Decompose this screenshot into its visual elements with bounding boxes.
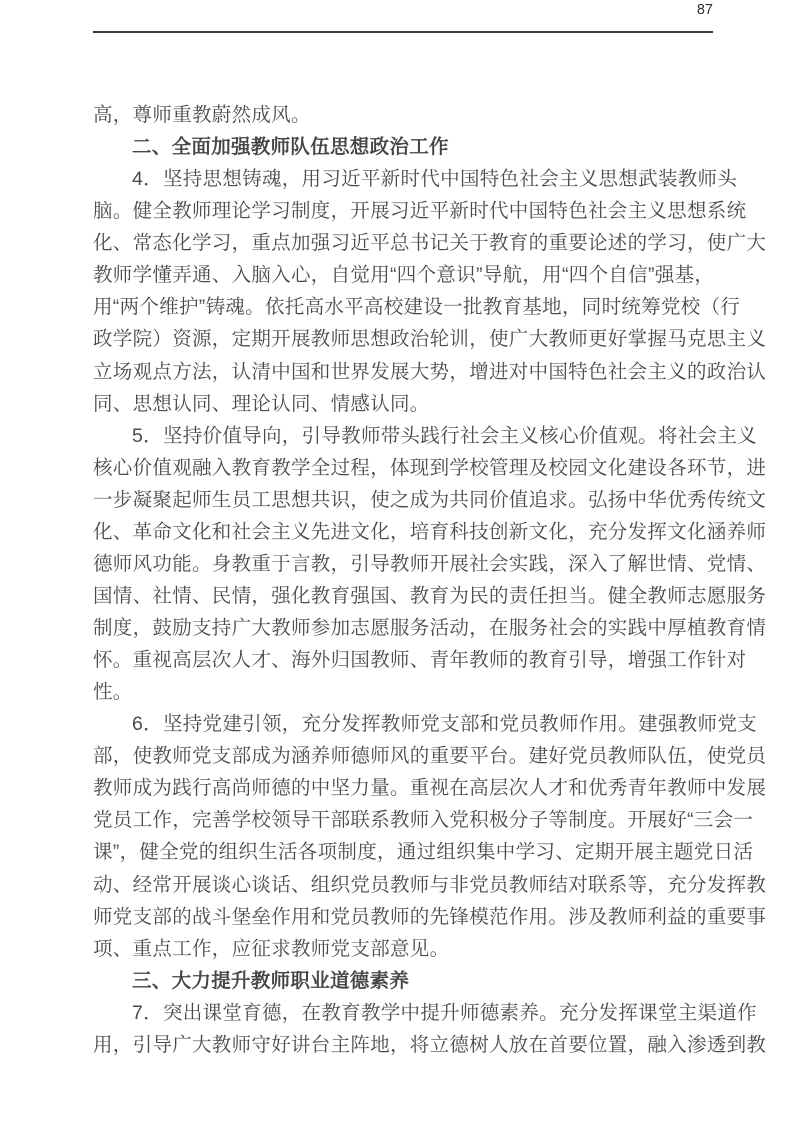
text-line: 立场观点方法，认清中国和世界发展大势，增进对中国特色社会主义的政治认 — [93, 356, 719, 388]
section-heading: 三、大力提升教师职业道德素养 — [93, 965, 719, 997]
text-line: 课”，健全党的组织生活各项制度，通过组织集中学习、定期开展主题党日活 — [93, 836, 719, 868]
text-line: 化、常态化学习，重点加强习近平总书记关于教育的重要论述的学习，使广大 — [93, 227, 719, 259]
text-line: 用“两个维护”铸魂。依托高水平高校建设一批教育基地，同时统筹党校（行 — [93, 291, 719, 323]
text-line: 项、重点工作，应征求教师党支部意见。 — [93, 933, 719, 965]
text-line: 怀。重视高层次人才、海外归国教师、青年教师的教育引导，增强工作针对 — [93, 644, 719, 676]
text-line: 7．突出课堂育德，在教育教学中提升师德素养。充分发挥课堂主渠道作 — [93, 997, 719, 1029]
text-line: 脑。健全教师理论学习制度，开展习近平新时代中国特色社会主义思想系统 — [93, 195, 719, 227]
text-line: 师党支部的战斗堡垒作用和党员教师的先锋模范作用。涉及教师利益的重要事 — [93, 901, 719, 933]
header-rule — [93, 31, 713, 33]
text-line: 德师风功能。身教重于言教，引导教师开展社会实践，深入了解世情、党情、 — [93, 548, 719, 580]
text-line: 教师成为践行高尚师德的中坚力量。重视在高层次人才和优秀青年教师中发展 — [93, 772, 719, 804]
text-line: 国情、社情、民情，强化教育强国、教育为民的责任担当。健全教师志愿服务 — [93, 580, 719, 612]
page-number: 87 — [93, 1, 713, 19]
text-line: 制度，鼓励支持广大教师参加志愿服务活动，在服务社会的实践中厚植教育情 — [93, 612, 719, 644]
text-line: 党员工作，完善学校领导干部联系教师入党积极分子等制度。开展好“三会一 — [93, 804, 719, 836]
text-line: 化、革命文化和社会主义先进文化，培育科技创新文化，充分发挥文化涵养师 — [93, 516, 719, 548]
text-line: 5．坚持价值导向，引导教师带头践行社会主义核心价值观。将社会主义 — [93, 420, 719, 452]
document-body: 高，尊师重教蔚然成风。二、全面加强教师队伍思想政治工作4．坚持思想铸魂，用习近平… — [93, 99, 719, 1061]
section-heading: 二、全面加强教师队伍思想政治工作 — [93, 131, 719, 163]
text-line: 动、经常开展谈心谈话、组织党员教师与非党员教师结对联系等，充分发挥教 — [93, 869, 719, 901]
text-line: 4．坚持思想铸魂，用习近平新时代中国特色社会主义思想武装教师头 — [93, 163, 719, 195]
text-line: 教师学懂弄通、入脑入心，自觉用“四个意识”导航，用“四个自信”强基， — [93, 259, 719, 291]
text-line: 6．坚持党建引领，充分发挥教师党支部和党员教师作用。建强教师党支 — [93, 708, 719, 740]
text-line: 一步凝聚起师生员工思想共识，使之成为共同价值追求。弘扬中华优秀传统文 — [93, 484, 719, 516]
document-page: 87 高，尊师重教蔚然成风。二、全面加强教师队伍思想政治工作4．坚持思想铸魂，用… — [0, 0, 793, 1122]
text-line: 政学院）资源，定期开展教师思想政治轮训，使广大教师更好掌握马克思主义 — [93, 323, 719, 355]
text-line: 同、思想认同、理论认同、情感认同。 — [93, 388, 719, 420]
text-line: 性。 — [93, 676, 719, 708]
text-line: 高，尊师重教蔚然成风。 — [93, 99, 719, 131]
text-line: 用，引导广大教师守好讲台主阵地，将立德树人放在首要位置，融入渗透到教 — [93, 1029, 719, 1061]
text-line: 核心价值观融入教育教学全过程，体现到学校管理及校园文化建设各环节，进 — [93, 452, 719, 484]
text-line: 部，使教师党支部成为涵养师德师风的重要平台。建好党员教师队伍，使党员 — [93, 740, 719, 772]
